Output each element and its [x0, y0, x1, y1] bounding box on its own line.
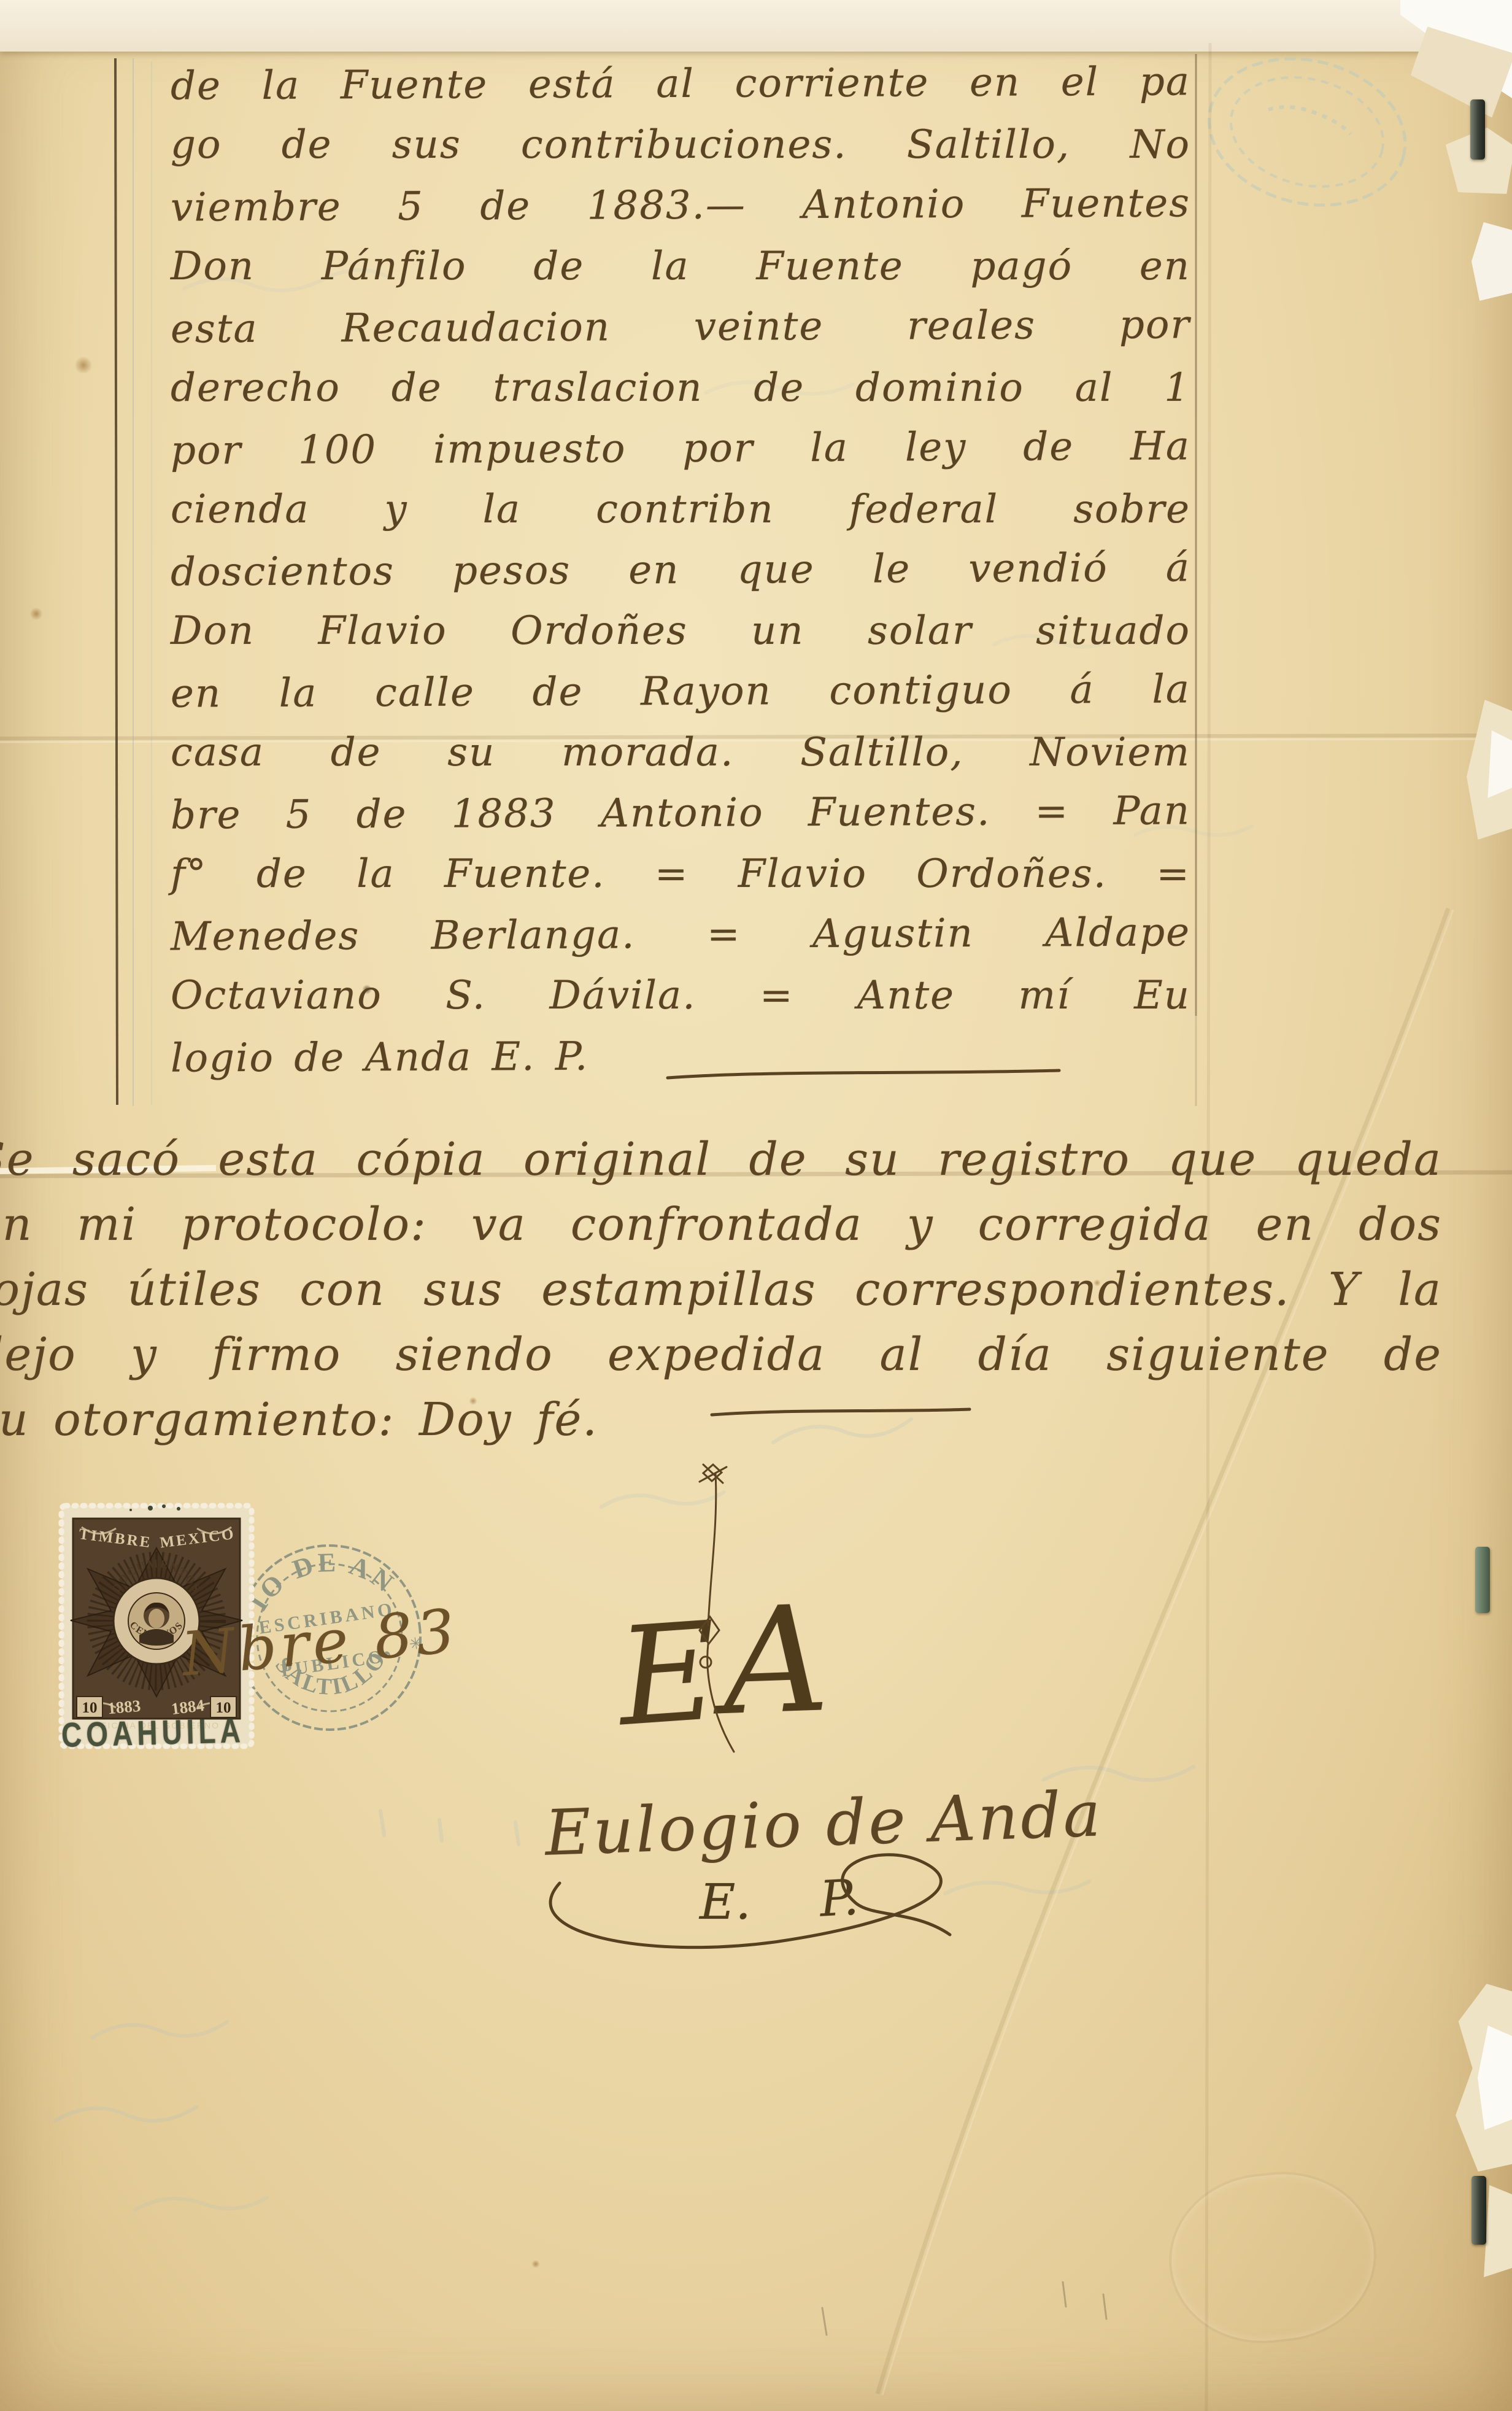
- staple-icon: [1471, 2176, 1486, 2245]
- document-page: de la Fuente está al corriente en el pa …: [0, 0, 1512, 2411]
- doyfe-rule: [712, 1409, 970, 1415]
- ink-decor-layer: [0, 0, 1512, 2411]
- signature-flourish: [550, 1855, 950, 1948]
- ink-ticks: [822, 2282, 1106, 2335]
- staple-icon: [1475, 1547, 1490, 1613]
- closing-rule: [668, 1070, 1059, 1078]
- rubric-flourish-icon: [700, 1465, 734, 1752]
- staple-icon: [1470, 99, 1485, 160]
